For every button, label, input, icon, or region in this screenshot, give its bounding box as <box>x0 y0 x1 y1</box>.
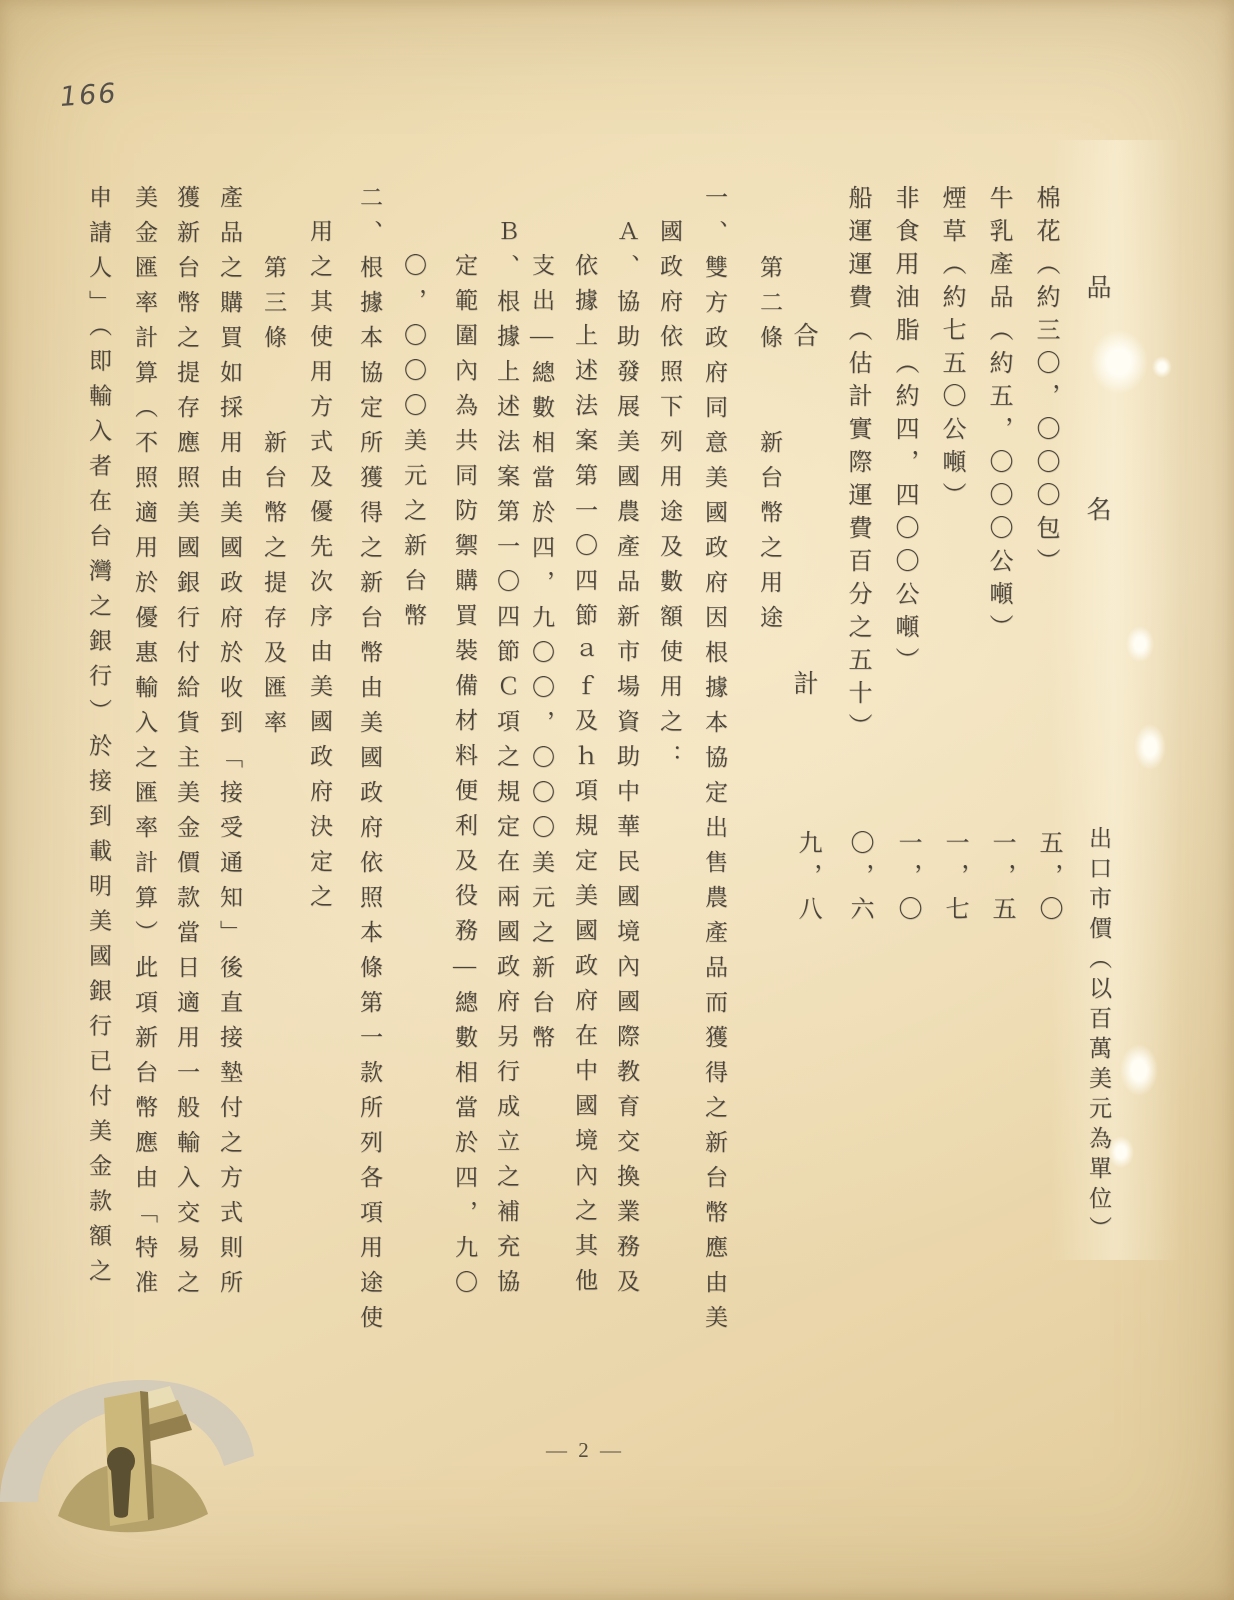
product-value-ocean-freight: 〇，六 <box>842 830 877 929</box>
product-value-tobacco: 一，七 <box>937 830 972 929</box>
page-number: — 2 — <box>505 1438 665 1463</box>
archive-emblem-logo <box>0 1368 268 1548</box>
body-column-article3-line2: 獲新台幣之提存應照美國銀行付給貨主美金價款當日適用一般輸入交易之 <box>170 185 203 1305</box>
body-column-itemB-line3: 〇，〇〇〇美元之新台幣 <box>397 253 430 638</box>
body-column-itemB-line2: 定範圍內為共同防禦購買裝備材料便利及役務—總數相當於四，九〇 <box>448 253 481 1305</box>
body-column-item1-line1: 一、雙方政府同意美國政府因根據本協定出售農產品而獲得之新台幣應由美 <box>698 185 731 1340</box>
paper-damage-spot <box>1134 724 1166 770</box>
body-column-itemA-line2: 依據上述法案第一〇四節ａｆ及ｈ項規定美國政府在中國境內之其他 <box>568 253 601 1303</box>
body-column-item1-line2: 國政府依照下列用途及數額使用之： <box>653 219 686 779</box>
product-name-total: 合計 <box>789 316 823 700</box>
paper-damage-spot <box>1152 356 1172 378</box>
product-name-tobacco: 煙草（約七五〇公噸） <box>934 185 969 515</box>
paper-damage-spot <box>1120 1044 1158 1096</box>
table-price-header: 出口市價（以百萬美元為單位） <box>1082 826 1115 1246</box>
body-column-article3-line4: 申請人」（即輸入者在台灣之銀行）於接到載明美國銀行已付美金款額之 <box>82 185 115 1294</box>
body-column-item2-line2: 用之其使用方式及優先次序由美國政府決定之 <box>303 219 336 919</box>
body-column-itemA-line1: Ａ、協助發展美國農產品新市場資助中華民國境內國際教育交換業務及 <box>610 219 643 1304</box>
scanned-document-page: 166 品名 出口市價（以百萬美元為單位） 棉花（約三〇，〇〇〇包） 牛乳產品（… <box>0 0 1234 1600</box>
body-column-article2-title: 第二條 新台幣之用途 <box>753 255 786 640</box>
body-column-article3-line1: 產品之購買如採用由美國政府於收到「接受通知」後直接墊付之方式則所 <box>213 185 246 1305</box>
product-name-dairy: 牛乳產品（約五，〇〇〇公噸） <box>981 185 1016 647</box>
product-value-cotton: 五，〇 <box>1031 830 1066 929</box>
product-name-inedible-oils: 非食用油脂（約四，四〇〇公噸） <box>887 185 922 680</box>
product-value-dairy: 一，五 <box>984 830 1019 929</box>
body-column-item2-line1: 二、根據本協定所獲得之新台幣由美國政府依照本條第一款所列各項用途使 <box>353 185 386 1340</box>
body-column-article3-title: 第三條 新台幣之提存及匯率 <box>257 255 290 745</box>
paper-damage-spot <box>1126 626 1154 662</box>
product-name-cotton: 棉花（約三〇，〇〇〇包） <box>1028 185 1063 581</box>
body-column-itemB-line1: Ｂ、根據上述法案第一〇四節Ｃ項之規定在兩國政府另行成立之補充協 <box>490 219 523 1304</box>
product-value-total: 九，八 <box>790 830 825 929</box>
body-column-article3-line3: 美金匯率計算（不照適用於優惠輸入之匯率計算）此項新台幣應由「特准 <box>128 185 161 1305</box>
body-column-itemA-line3: 支出—總數相當於四，九〇〇，〇〇〇美元之新台幣 <box>525 253 558 1060</box>
product-name-ocean-freight: 船運運費（估計實際運費百分之五十） <box>840 185 875 746</box>
handwritten-folio-number: 166 <box>59 78 119 113</box>
product-value-inedible-oils: 一，〇 <box>890 830 925 929</box>
table-name-header: 品名 <box>1082 268 1116 526</box>
